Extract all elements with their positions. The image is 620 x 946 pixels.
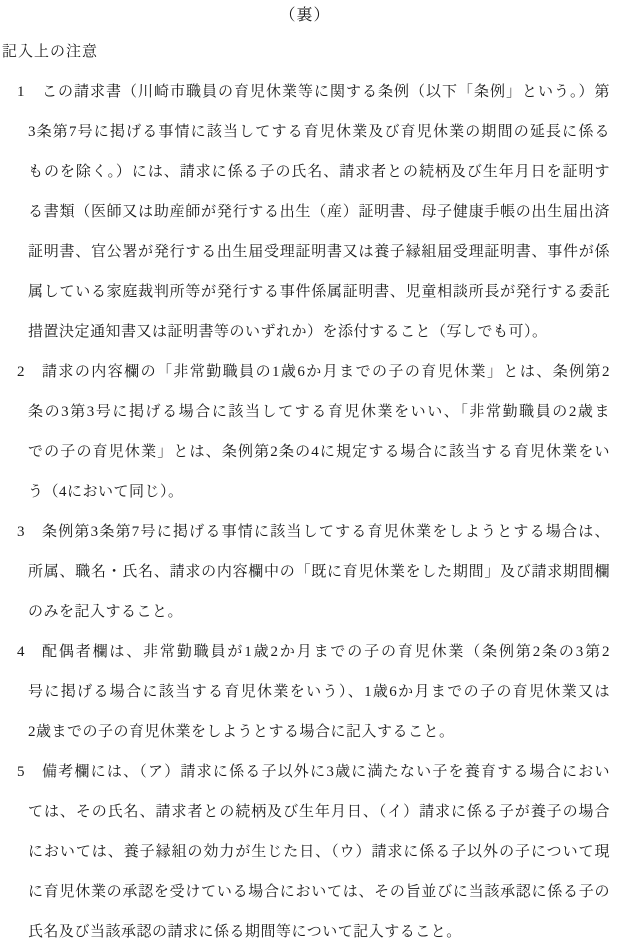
note-item-4: 4 配偶者欄は、非常勤職員が1歳2か月までの子の育児休業（条例第2条の3第2 号… <box>0 632 610 752</box>
note-text-line: 備考欄には、（ア）請求に係る子以外に3歳に満たない子を養育する場合におい <box>28 752 610 792</box>
note-text-line: 条の3第3号に掲げる場合に該当してする育児休業をいい、「非常勤職員の2歳ま <box>28 392 610 432</box>
note-text-line: 号に掲げる場合に該当する育児休業をいう）、1歳6か月までの子の育児休業又は <box>28 672 610 712</box>
note-text-line: 3条第7号に掲げる事情に該当してする育児休業及び育児休業の期間の延長に係る <box>28 112 610 152</box>
note-text-line: に育児休業の承認を受けている場合においては、その旨並びに当該承認に係る子の <box>28 872 610 912</box>
note-item-5-number: 5 <box>17 752 31 792</box>
notes-heading: 記入上の注意 <box>0 32 610 72</box>
note-text-line: 所属、職名・氏名、請求の内容欄中の「既に育児休業をした期間」及び請求期間欄 <box>28 552 610 592</box>
note-item-1: 1 この請求書（川崎市職員の育児休業等に関する条例（以下「条例」という。）第 3… <box>0 72 610 352</box>
note-item-3: 3 条例第3条第7号に掲げる事情に該当してする育児休業をしようとする場合は、 所… <box>0 512 610 632</box>
note-text-line: のみを記入すること。 <box>28 592 610 632</box>
note-item-5: 5 備考欄には、（ア）請求に係る子以外に3歳に満たない子を養育する場合におい て… <box>0 752 610 946</box>
note-text-line: う（4において同じ）。 <box>28 472 610 512</box>
note-text-line: ては、その氏名、請求者との続柄及び生年月日、（イ）請求に係る子が養子の場合 <box>28 792 610 832</box>
note-text-line: 条例第3条第7号に掲げる事情に該当してする育児休業をしようとする場合は、 <box>28 512 610 552</box>
note-text-line: この請求書（川崎市職員の育児休業等に関する条例（以下「条例」という。）第 <box>28 72 610 112</box>
note-item-4-number: 4 <box>17 632 31 672</box>
note-text-line: 請求の内容欄の「非常勤職員の1歳6か月までの子の育児休業」とは、条例第2 <box>28 352 610 392</box>
note-text-line: る書類（医師又は助産師が発行する出生（産）証明書、母子健康手帳の出生届出済 <box>28 192 610 232</box>
note-text-line: においては、養子縁組の効力が生じた日、（ウ）請求に係る子以外の子について現 <box>28 832 610 872</box>
note-item-3-number: 3 <box>17 512 31 552</box>
note-text-line: 配偶者欄は、非常勤職員が1歳2か月までの子の育児休業（条例第2条の3第2 <box>28 632 610 672</box>
note-text-line: での子の育児休業」とは、条例第2条の4に規定する場合に該当する育児休業をい <box>28 432 610 472</box>
note-text-line: ものを除く。）には、請求に係る子の氏名、請求者との続柄及び生年月日を証明す <box>28 152 610 192</box>
document-page: （裏） 記入上の注意 1 この請求書（川崎市職員の育児休業等に関する条例（以下「… <box>0 0 620 946</box>
note-text-line: 2歳までの子の育児休業をしようとする場合に記入すること。 <box>28 712 610 752</box>
note-text-line: 証明書、官公署が発行する出生届受理証明書又は養子縁組届受理証明書、事件が係 <box>28 232 610 272</box>
page-side-label: （裏） <box>0 0 610 32</box>
note-text-line: 属している家庭裁判所等が発行する事件係属証明書、児童相談所長が発行する委託 <box>28 272 610 312</box>
note-item-1-number: 1 <box>17 72 31 112</box>
note-text-line: 氏名及び当該承認の請求に係る期間等について記入すること。 <box>28 912 610 946</box>
note-item-2: 2 請求の内容欄の「非常勤職員の1歳6か月までの子の育児休業」とは、条例第2 条… <box>0 352 610 512</box>
note-text-line: 措置決定通知書又は証明書等のいずれか）を添付すること（写しでも可）。 <box>28 312 610 352</box>
note-item-2-number: 2 <box>17 352 31 392</box>
